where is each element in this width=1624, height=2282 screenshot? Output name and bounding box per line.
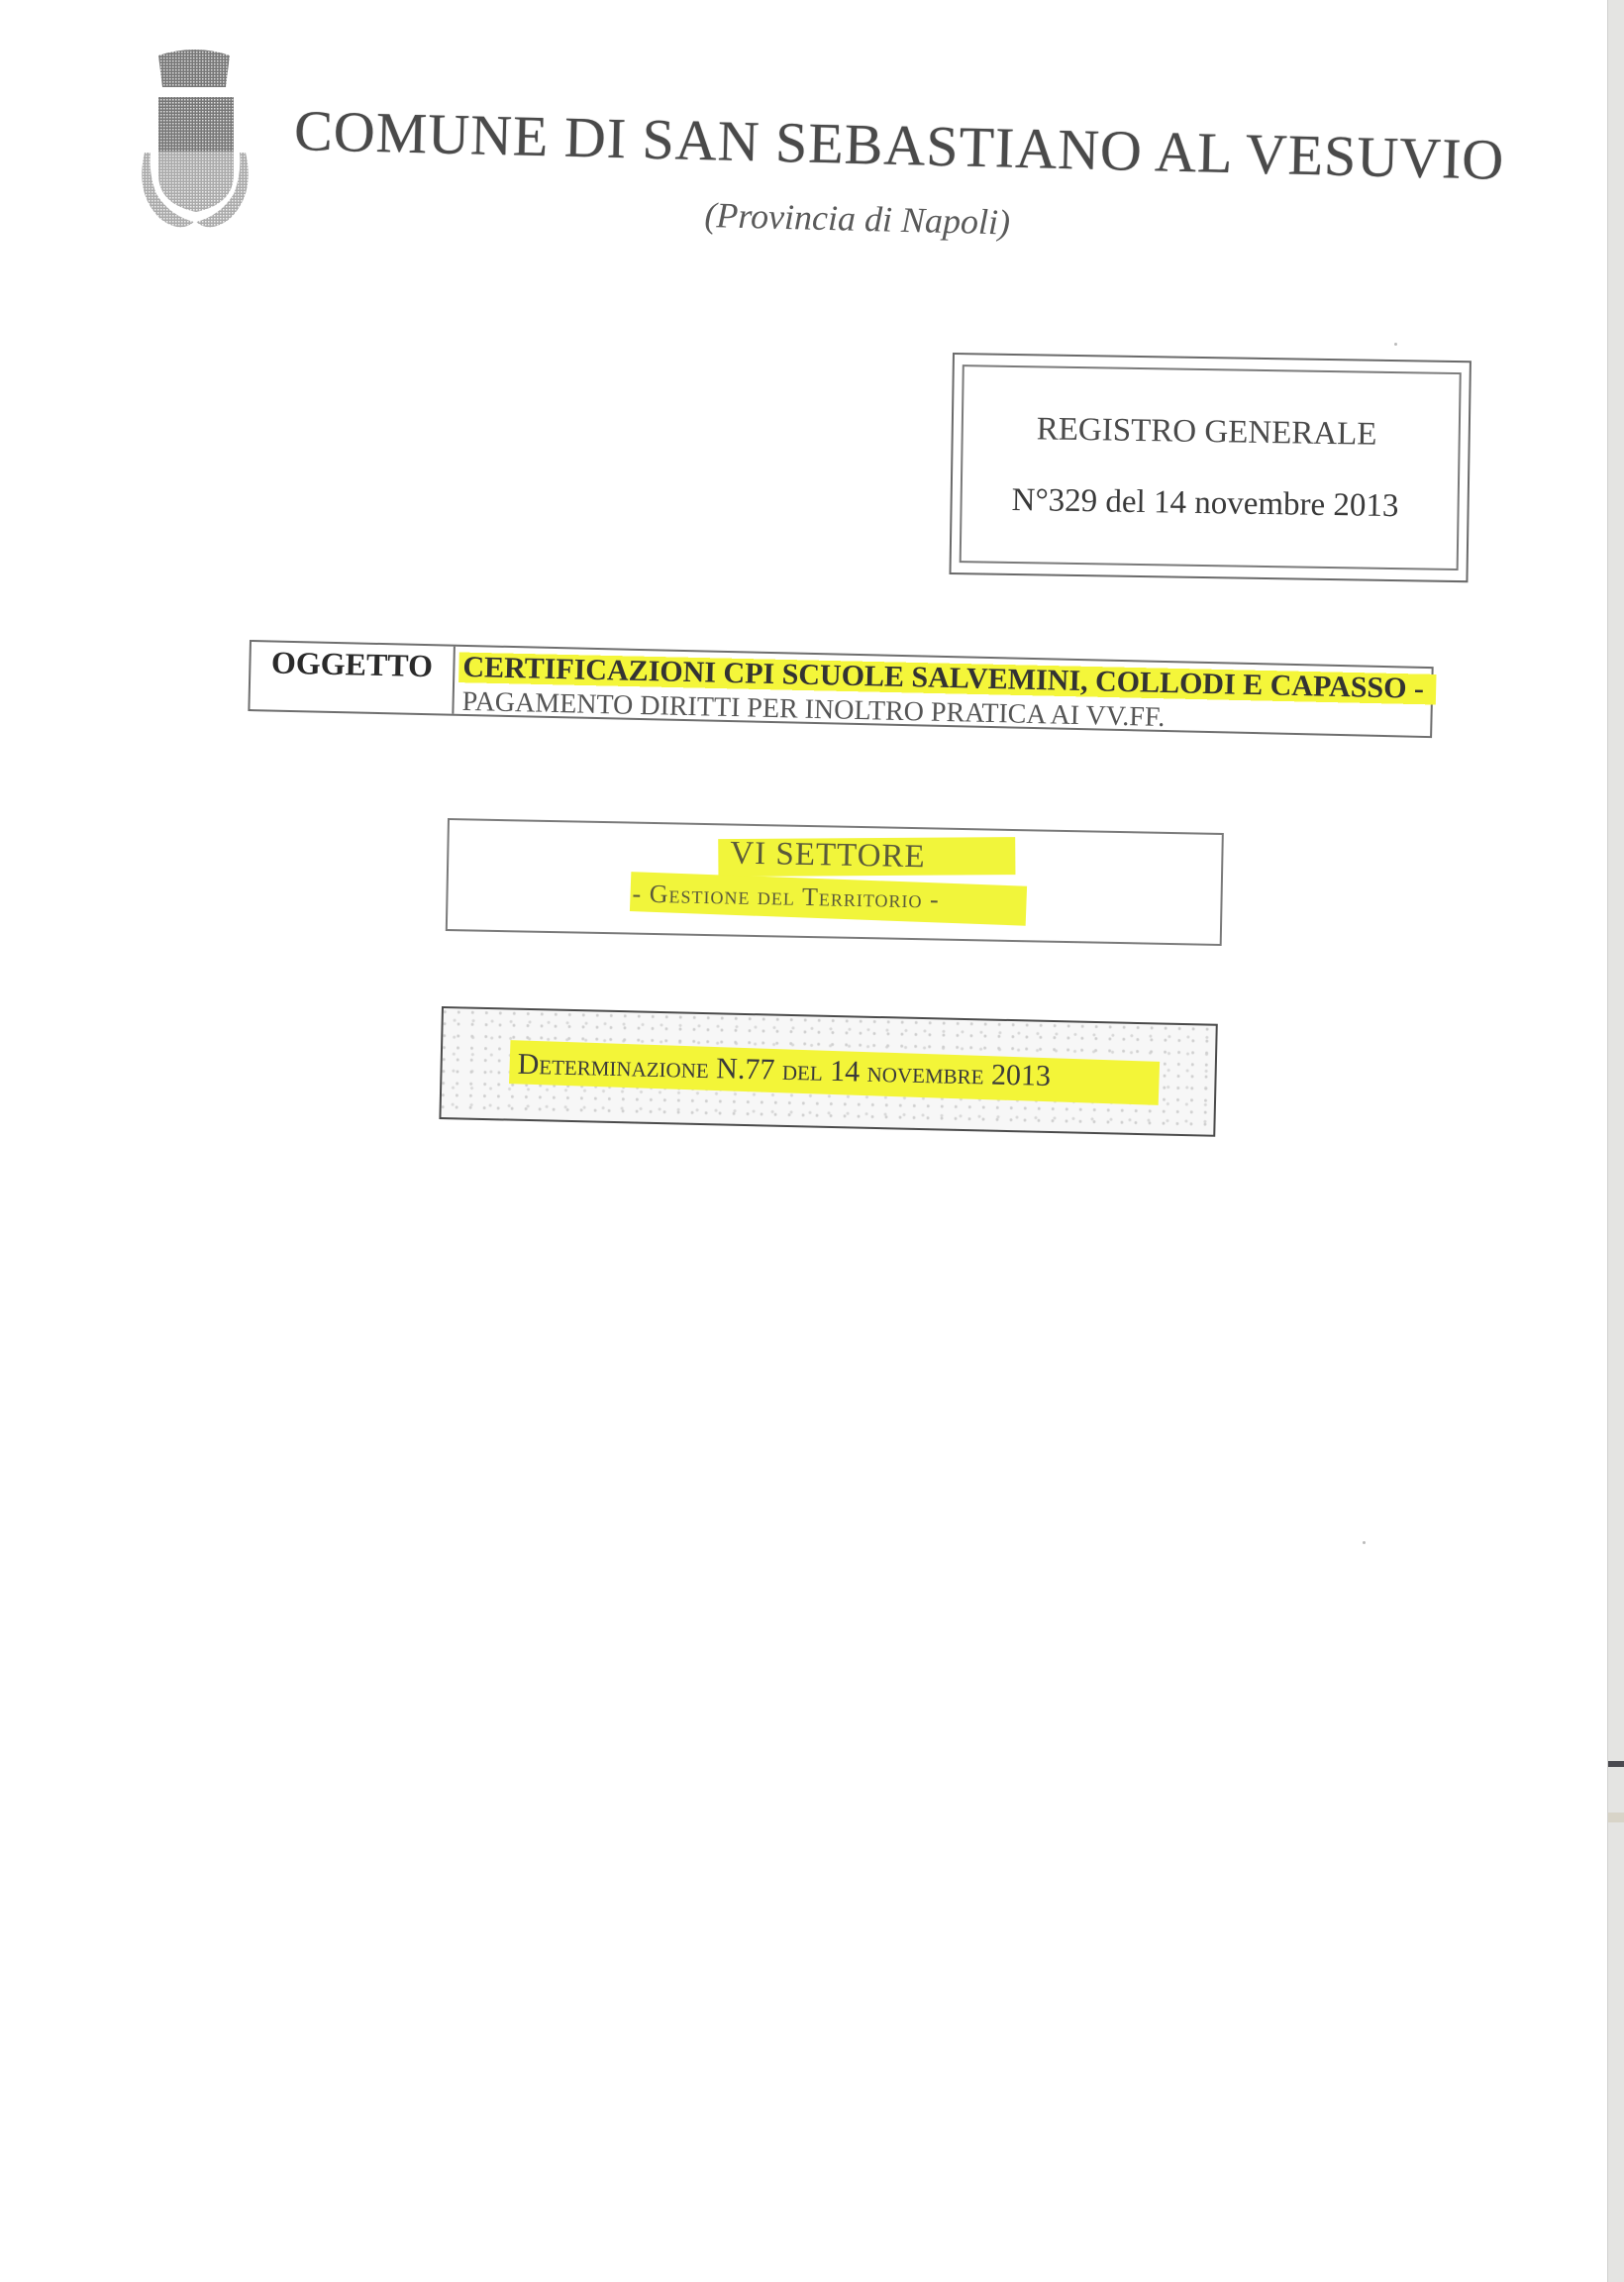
settore-title: VI SETTORE xyxy=(730,835,926,876)
scan-speck xyxy=(1394,343,1397,346)
registro-number: N°329 del 14 novembre 2013 xyxy=(1011,482,1398,525)
registro-generale-stamp: REGISTRO GENERALE N°329 del 14 novembre … xyxy=(949,353,1471,582)
oggetto-label: OGGETTO xyxy=(250,642,455,714)
settore-subtitle: - Gestione del Territorio - xyxy=(632,880,940,915)
province-subtitle: (Provincia di Napoli) xyxy=(704,194,1011,244)
settore-box: VI SETTORE - Gestione del Territorio - xyxy=(446,818,1224,946)
stamp-inner-border xyxy=(960,364,1462,570)
scan-speck xyxy=(1363,1541,1366,1544)
page-edge-mark xyxy=(1608,1761,1624,1767)
determinazione-box: Determinazione N.77 del 14 novembre 2013 xyxy=(439,1006,1217,1137)
municipality-title: COMUNE DI SAN SEBASTIANO AL VESUVIO xyxy=(293,97,1512,193)
scan-page-edge xyxy=(1607,0,1624,2282)
registro-title: REGISTRO GENERALE xyxy=(1036,411,1376,453)
municipal-coat-of-arms-icon xyxy=(131,46,259,244)
oggetto-box: OGGETTO CERTIFICAZIONI CPI SCUOLE SALVEM… xyxy=(248,640,1433,738)
page-edge-mark xyxy=(1608,1813,1624,1822)
